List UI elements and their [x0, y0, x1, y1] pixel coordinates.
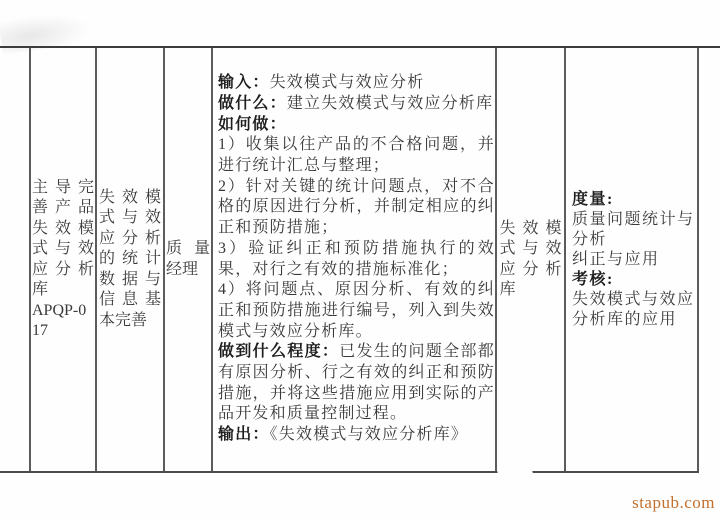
project-code: APQP-017	[32, 301, 94, 342]
process-step-2: 2）针对关键的统计问题点，对不合格的原因进行分析，并制定相应的纠正和预防措施；	[218, 177, 495, 239]
site-watermark: stapub.com	[632, 493, 715, 513]
process-degree: 做到什么程度：已发生的问题全部都有原因分析、行之有效的纠正和预防措施，并将这些措…	[218, 342, 495, 425]
process-what: 做什么：建立失效模式与效应分析库	[218, 94, 495, 115]
output-doc-text: 失效模式与效应分析库	[500, 219, 562, 301]
table-cell-owner: 质量经理	[165, 48, 213, 471]
assess-line-1: 失效模式与效应分析库的应用	[572, 290, 697, 330]
process-output: 输出：《失效模式与效应分析库》	[218, 425, 495, 446]
table-cell-project: 主导完善产品失效模式与效应分析库 APQP-017	[31, 48, 97, 471]
table-cell-process: 输入：失效模式与效应分析 做什么：建立失效模式与效应分析库 如何做： 1）收集以…	[213, 48, 497, 471]
measure-text: 度量: 质量问题统计与分析 纠正与应用 考核: 失效模式与效应分析库的应用	[572, 190, 697, 330]
measure-heading: 度量:	[572, 190, 697, 210]
owner-text: 质量经理	[166, 239, 210, 280]
process-step-1: 1）收集以往产品的不合格问题，并进行统计汇总与整理；	[218, 135, 495, 176]
project-text: 主导完善产品失效模式与效应分析库 APQP-017	[32, 178, 94, 342]
table-cell-goal: 失效模式与效应分析的统计数据与信息基本完善	[97, 48, 165, 471]
process-input: 输入：失效模式与效应分析	[218, 73, 495, 94]
process-how-heading: 如何做：	[218, 115, 495, 136]
table-cell-output-doc: 失效模式与效应分析库	[497, 48, 566, 471]
project-name: 主导完善产品失效模式与效应分析库	[32, 179, 94, 299]
process-table: 主导完善产品失效模式与效应分析库 APQP-017 失效模式与效应分析的统计数据…	[0, 48, 699, 473]
process-description: 输入：失效模式与效应分析 做什么：建立失效模式与效应分析库 如何做： 1）收集以…	[218, 73, 495, 446]
process-step-4: 4）将问题点、原因分析、有效的纠正和预防措施进行编号，列入到失效模式与效应分析库…	[218, 280, 495, 342]
assess-heading: 考核:	[572, 270, 697, 290]
process-step-3: 3）验证纠正和预防措施执行的效果，对行之有效的措施标准化；	[218, 239, 495, 280]
table-cell-measure: 度量: 质量问题统计与分析 纠正与应用 考核: 失效模式与效应分析库的应用	[566, 48, 699, 471]
table-cell-empty	[0, 48, 31, 471]
measure-line-2: 纠正与应用	[572, 250, 697, 270]
goal-text: 失效模式与效应分析的统计数据与信息基本完善	[99, 188, 161, 332]
measure-line-1: 质量问题统计与分析	[572, 210, 697, 250]
